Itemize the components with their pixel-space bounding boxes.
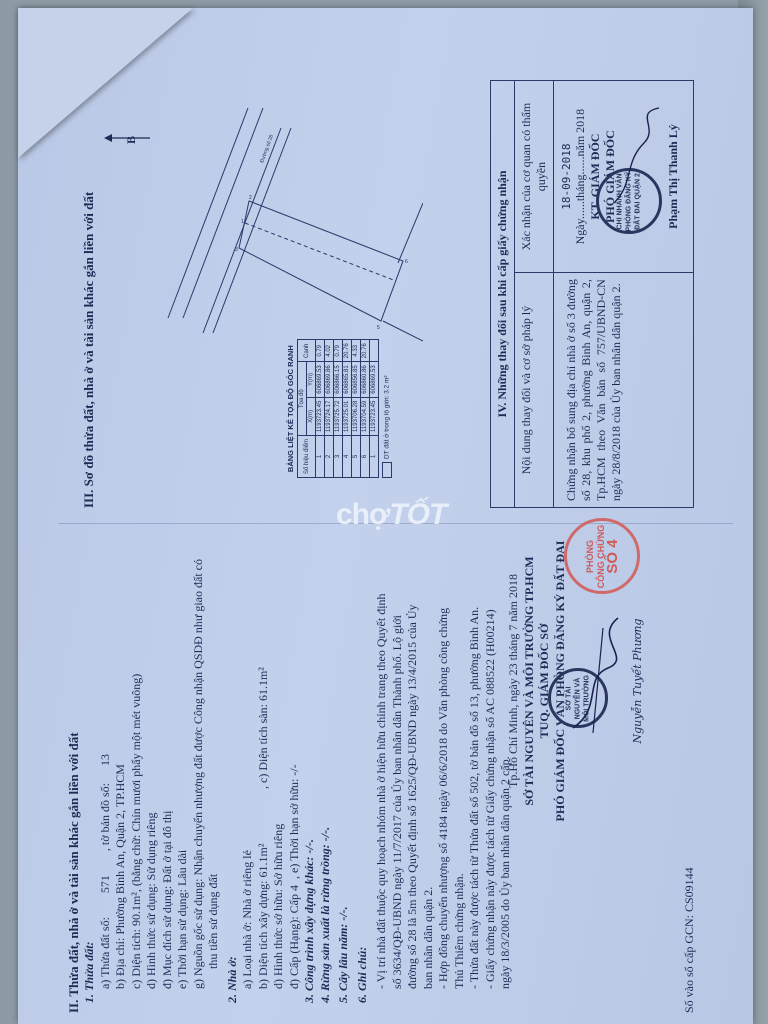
area: c) Diện tích: 90.1m², (bằng chữ: Chín mư… [129,573,145,1013]
use-purpose: đ) Mục đích sử dụng: Đất ở tại đô thị [160,573,176,1013]
certificate-page: II. Thửa đất, nhà ở và tài sản khác gắn … [18,8,753,1024]
use-form: d) Hình thức sử dụng: Sử dụng riêng [144,573,160,1013]
table-row: 11193723.45606869.530.79 [316,340,325,478]
signature-block: Tp.Hồ Chí Minh, ngày 23 tháng 7 năm 2018… [506,531,646,1011]
legend-swatch [382,462,392,478]
grade-line: đ) Cấp (Hạng): Cấp 4, e) Thời hạn sở hữu… [287,573,303,1013]
grade: đ) Cấp (Hạng): Cấp 4 [287,879,303,989]
table-row: 31193725.72606866.150.79 [334,340,343,478]
use-origin-cont: thu tiền sử dụng đất [206,573,222,1013]
map-sheet-label: , tờ bản đồ số: [98,783,112,851]
svg-text:5: 5 [377,325,380,331]
table-row: 61193704.59606860.8620.76 [361,340,370,478]
land-heading: 1. Thửa đất: [82,573,98,1013]
confirm-signature-mark [604,103,664,213]
note-item: - Thửa đất này được tách từ Thửa đất số … [467,589,483,989]
use-origin: g) Nguồn gốc sử dụng: Nhận chuyển nhượng… [191,573,207,1013]
section-ii: II. Thửa đất, nhà ở và tài sản khác gắn … [66,573,514,1013]
legend: DT đất ở trong lộ giới: 3.2 m² [382,339,392,478]
parcel-number: 571 [98,854,114,914]
sign-org: SỞ TÀI NGUYÊN VÀ MÔI TRƯỜNG TP.HCM [522,531,538,831]
table-row: 51193706.28606856.854.33 [352,340,361,478]
other-construction: 3. Công trình xây dựng khác: -/-. [302,573,318,1013]
perennial-trees: 5. Cây lâu năm: -/-. [336,573,352,1013]
house-heading: 2. Nhà ở: [225,573,241,1013]
map-sheet-number: 13 [98,740,114,780]
north-label: B [124,136,139,144]
north-arrow: B [102,130,152,151]
build-area-line: b) Diện tích xây dựng: 61.1m², c) Diện t… [256,573,272,1013]
notary-stamp: PHÒNG CÔNG CHỨNG SỐ 4 [564,518,640,594]
confirm-date-stamp: 18-09-2018 [560,87,573,266]
svg-text:2: 2 [249,195,252,201]
parcel-line: a) Thửa đất số: 571 , tờ bản đồ số: 13 [98,573,114,1013]
floor-area: , c) Diện tích sàn: 61.1m² [256,667,270,789]
sign-date: Tp.Hồ Chí Minh, ngày 23 tháng 7 năm 2018 [506,531,522,831]
section-ii-title: II. Thửa đất, nhà ở và tài sản khác gắn … [66,573,82,1013]
section-iv-title: IV. Những thay đổi sau khi cấp giấy chứn… [491,81,515,508]
note-item: - Hợp đồng chuyển nhượng số 4184 ngày 06… [436,589,467,989]
production-forest: 4. Rừng sản xuất là rừng trồng: -/-. [318,573,334,1013]
section-iii-title: III. Sơ đồ thửa đất, nhà ở và tài sản kh… [80,192,98,508]
notes-list: - Vị trí nhà đất thuộc quy hoạch nhóm nh… [374,573,514,1013]
confirm-kt: KT. GIÁM ĐỐC [588,87,603,266]
change-content: Chứng nhận bổ sung địa chỉ nhà ở số 3 đư… [554,273,694,508]
ownership-term: , e) Thời hạn sở hữu: -/- [287,764,301,879]
coordinate-table: Số hiệu điểm Tọa độ Cạnh X(m) Y(m) 11193… [297,339,379,478]
col-confirm-header: Xác nhận của cơ quan có thẩm quyền [515,81,554,273]
coordinate-table-block: BẢNG LIỆT KÊ TỌA ĐỘ GÓC RANH Số hiệu điể… [286,339,392,478]
use-term: e) Thời hạn sử dụng: Lâu dài [175,573,191,1013]
house-type: a) Loại nhà ở: Nhà ở riêng lẻ [240,573,256,1013]
parcel-label: a) Thửa đất số: [98,917,112,989]
plot-diagram: Đường số 28 23651 [163,103,423,353]
svg-text:3: 3 [235,247,238,253]
signature-mark [563,608,633,738]
table-row: 21193724.17606869.864.02 [325,340,334,478]
confirm-signer: Phạm Thị Thanh Lý [666,87,681,266]
svg-text:1: 1 [241,219,244,225]
table-row: 11193723.45606869.53 [370,340,379,478]
svg-text:6: 6 [405,259,408,265]
note-item: - Vị trí nhà đất thuộc quy hoạch nhóm nh… [374,589,436,989]
col-content-header: Nội dung thay đổi và cơ sở pháp lý [515,273,554,508]
address: b) Địa chỉ: Phường Bình An, Quận 2, TP.H… [113,573,129,1013]
confirm-date-line: Ngày......tháng......năm 2018 [573,87,588,266]
table-row: 41193725.01606865.8120.76 [343,340,352,478]
registry-number: Số vào sổ cấp GCN: CS09144 [680,867,698,1013]
ownership-form: d) Hình thức sở hữu: Sở hữu riêng [271,573,287,1013]
coordinate-table-title: BẢNG LIỆT KÊ TỌA ĐỘ GÓC RANH [286,339,295,478]
notes-heading: 6. Ghi chú: [355,573,371,1013]
build-area: b) Diện tích xây dựng: 61.1m² [256,789,272,989]
chotot-watermark: chợTỐT [336,498,446,532]
sign-tuq: TUQ. GIÁM ĐỐC SỞ [537,531,553,831]
